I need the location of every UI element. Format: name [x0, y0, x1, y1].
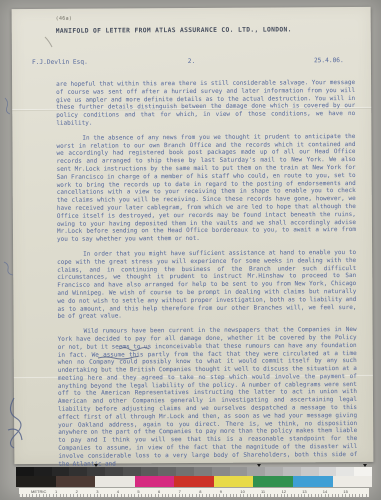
ruler-number: 14: [323, 489, 327, 494]
ruler-label: METRIC: [31, 489, 46, 494]
letter-page: (46a) MANIFOLD OF LETTER FROM ATLAS ASSU…: [12, 7, 374, 464]
page-number: 2.: [188, 58, 195, 65]
grayscale-patch: [301, 467, 319, 476]
color-strip: [16, 476, 372, 487]
margin-mark: [4, 262, 13, 275]
grayscale-patch: [69, 467, 87, 476]
grayscale-patch: [34, 467, 52, 476]
grayscale-patch: [123, 467, 141, 476]
ruler-number: 15: [343, 489, 347, 494]
color-patch: [214, 476, 254, 487]
grayscale-patch: [16, 467, 34, 476]
grayscale-patch: [247, 467, 265, 476]
grayscale-patch: [336, 467, 354, 476]
ruler-number: 13: [302, 489, 306, 494]
color-patch: [293, 476, 333, 487]
color-patch: [16, 476, 56, 487]
archive-stamp: (46a): [56, 16, 73, 22]
letter-paragraph: In order that you might have sufficient …: [57, 249, 356, 321]
ruler-number: 1: [55, 489, 57, 494]
color-patch: [333, 476, 373, 487]
grayscale-patch: [319, 467, 337, 476]
ruler-number: 7: [179, 489, 181, 494]
margin-mark: [5, 98, 10, 114]
ruler-number: 4: [117, 489, 119, 494]
grayscale-patch: [176, 467, 194, 476]
ruler-number: 8: [199, 489, 201, 494]
pointer-triangle-icon: [257, 464, 261, 467]
letter-date: 25.4.06.: [314, 57, 344, 64]
ruler-number: 11: [261, 489, 265, 494]
grayscale-patch: [87, 467, 105, 476]
calibration-bar: METRIC 123456789101112131415: [16, 467, 372, 497]
ruler-number: 6: [158, 489, 160, 494]
pointer-triangle-icon: [94, 464, 98, 467]
letter-paragraph: are hopeful that within this area there …: [56, 79, 355, 128]
color-patch: [135, 476, 175, 487]
addressee: F.J.Devlin Esq.: [32, 59, 88, 66]
ruler-number: 5: [137, 489, 139, 494]
grayscale-patch: [158, 467, 176, 476]
letter-body: are hopeful that within this area there …: [56, 79, 357, 475]
grayscale-strip: [16, 467, 372, 476]
grayscale-patch: [283, 467, 301, 476]
grayscale-patch: [354, 467, 372, 476]
ruler-number: 2: [76, 489, 78, 494]
grayscale-patch: [194, 467, 212, 476]
grayscale-patch: [265, 467, 283, 476]
color-patch: [95, 476, 135, 487]
ruler-number: 10: [240, 489, 244, 494]
color-patch: [253, 476, 293, 487]
color-patch: [56, 476, 96, 487]
scanned-document: (46a) MANIFOLD OF LETTER FROM ATLAS ASSU…: [0, 0, 381, 500]
color-patch: [174, 476, 214, 487]
letter-meta-row: F.J.Devlin Esq. 2. 25.4.06.: [32, 57, 351, 67]
ruler-number: 12: [282, 489, 286, 494]
letter-paragraph: In the absence of any news from you we t…: [56, 133, 356, 244]
letter-header-title: MANIFOLD OF LETTER FROM ATLAS ASSURANCE …: [56, 26, 356, 35]
grayscale-patch: [212, 467, 230, 476]
grayscale-patch: [141, 467, 159, 476]
pointer-triangle-icon: [363, 464, 367, 467]
ruler-number: 9: [220, 489, 222, 494]
grayscale-patch: [230, 467, 248, 476]
metric-ruler: METRIC 123456789101112131415: [19, 488, 369, 497]
grayscale-patch: [52, 467, 70, 476]
letter-paragraph: Wild rumours have been current in the ne…: [58, 326, 358, 468]
grayscale-patch: [105, 467, 123, 476]
ruler-number: 3: [96, 489, 98, 494]
